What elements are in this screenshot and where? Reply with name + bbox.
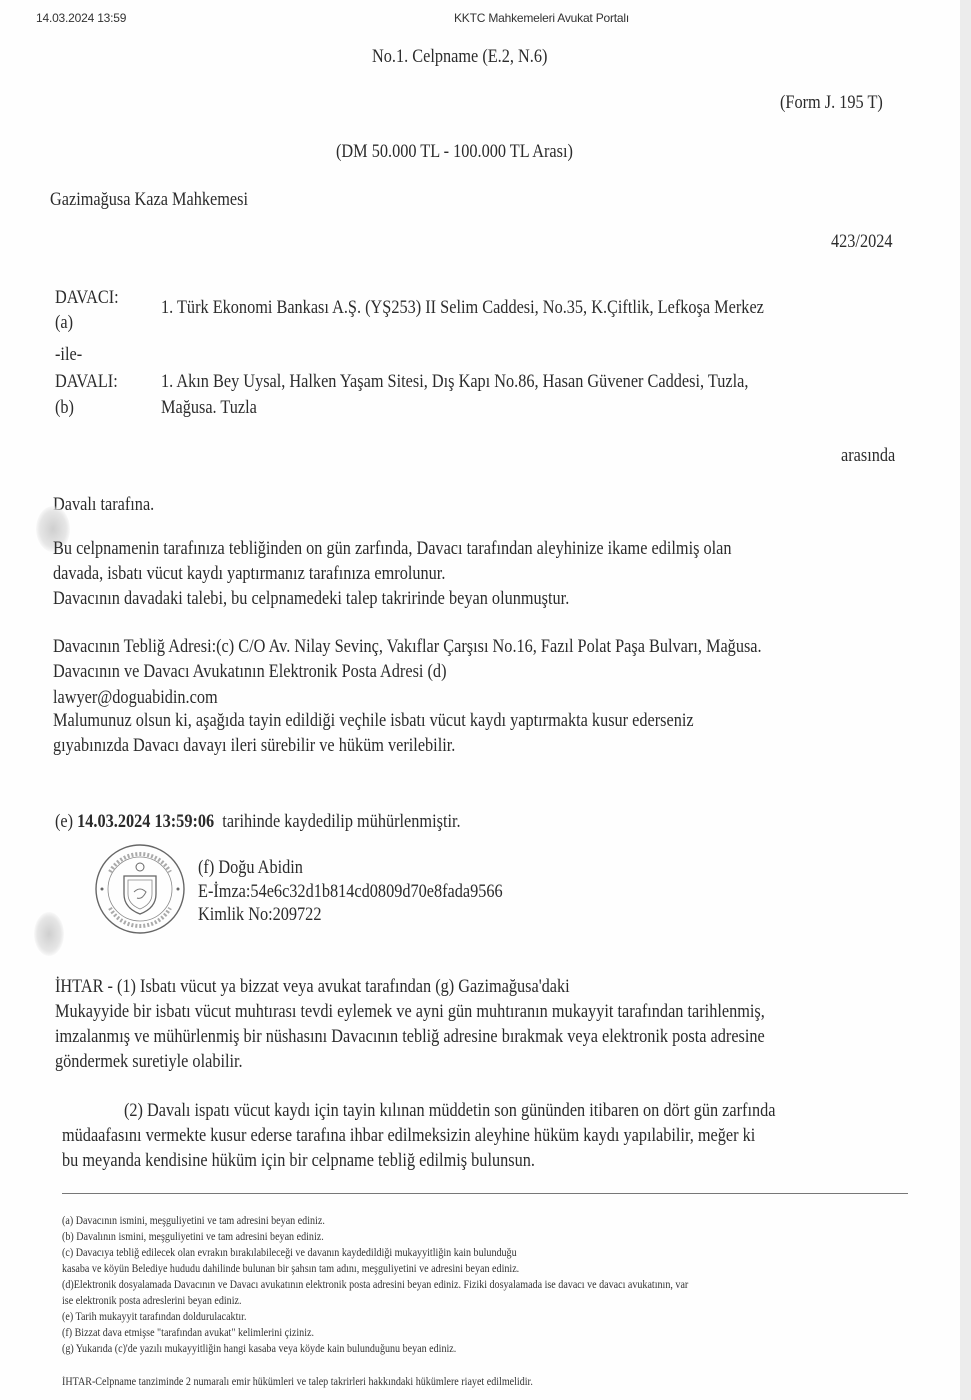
footnote: (c) Davacıya tebliğ edilecek olan evrakı… [62,1247,517,1259]
warning1-line: imzalanmış ve mühürlenmiş bir nüshasını … [55,1027,765,1048]
email-address[interactable]: lawyer@doguabidin.com [53,688,218,709]
registration-prefix: (e) [55,812,73,832]
id-number: Kimlik No:209722 [198,905,321,926]
footnote: (g) Yukarıda (c)'de yazılı mukayyitliğin… [62,1343,456,1355]
defendant-text-line2: Mağusa. Tuzla [161,398,257,419]
plaintiff-text: 1. Türk Ekonomi Bankası A.Ş. (YŞ253) II … [161,298,764,319]
warning2-line: müdaafasını vermekte kusur ederse tarafı… [62,1126,755,1147]
footnote: kasaba ve köyün Belediye hududu dahilind… [62,1263,519,1275]
footnote: (f) Bizzat dava etmişse "tarafından avuk… [62,1327,314,1339]
address-line: gıyabınızda Davacı davayı ileri sürebili… [53,736,455,757]
warning2-line: (2) Davalı ispatı vücut kaydı için tayin… [124,1101,776,1122]
e-signature: E-İmza:54e6c32d1b814cd0809d70e8fada9566 [198,882,503,903]
warning2-line: bu meyanda kendisine hüküm için bir celp… [62,1151,535,1172]
registration-datetime: 14.03.2024 13:59:06 [77,812,214,832]
defendant-label: DAVALI: [55,372,118,393]
final-warning: İHTAR-Celpname tanziminde 2 numaralı emi… [62,1376,533,1388]
defendant-ref: (b) [55,398,74,419]
page-edge [960,0,971,1400]
body-line: Davacının davadaki talebi, bu celpnamede… [53,589,569,610]
defendant-text-line1: 1. Akın Bey Uysal, Halken Yaşam Sitesi, … [161,372,748,393]
court-seal-icon [90,842,190,936]
plaintiff-label: DAVACI: [55,288,119,309]
between-word: -ile- [55,345,82,366]
body-line: Bu celpnamenin tarafınıza tebliğinden on… [53,539,732,560]
addressee: Davalı tarafına. [53,495,154,516]
signer-name: (f) Doğu Abidin [198,858,303,879]
scan-smudge [34,912,64,956]
body-line: davada, isbatı vücut kaydı yaptırmanız t… [53,564,445,585]
amount-range: (DM 50.000 TL - 100.000 TL Arası) [336,142,573,163]
address-line: Davacının ve Davacı Avukatının Elektroni… [53,662,446,683]
case-number: 423/2024 [831,232,893,253]
document-title: No.1. Celpname (E.2, N.6) [372,47,547,68]
plaintiff-ref: (a) [55,313,73,334]
footnote-divider [62,1193,908,1194]
footnote: (a) Davacının ismini, meşguliyetini ve t… [62,1215,325,1227]
print-timestamp: 14.03.2024 13:59 [36,11,126,25]
address-line: Malumunuz olsun ki, aşağıda tayin edildi… [53,711,694,732]
registration-line: (e) 14.03.2024 13:59:06 tarihinde kayded… [55,812,461,833]
form-number: (Form J. 195 T) [780,93,883,114]
court-name: Gazimağusa Kaza Mahkemesi [50,190,248,211]
footnote: (e) Tarih mukayyit tarafından doldurulac… [62,1311,246,1323]
footnote: (b) Davalının ismini, meşguliyetini ve t… [62,1231,324,1243]
arasinda: arasında [841,446,895,467]
warning1-line: göndermek suretiyle olabilir. [55,1052,243,1073]
warning1-line: Mukayyide bir isbatı vücut muhtırası tev… [55,1002,765,1023]
warning1-line: İHTAR - (1) Isbatı vücut ya bizzat veya … [55,977,570,998]
footnote: ise elektronik posta adreslerini beyan e… [62,1295,242,1307]
address-line: Davacının Tebliğ Adresi:(c) C/O Av. Nila… [53,637,762,658]
portal-title: KKTC Mahkemeleri Avukat Portalı [454,11,629,25]
footnote: (d)Elektronik dosyalamada Davacının ve D… [62,1279,688,1291]
registration-suffix: tarihinde kaydedilip mühürlenmiştir. [222,812,460,832]
